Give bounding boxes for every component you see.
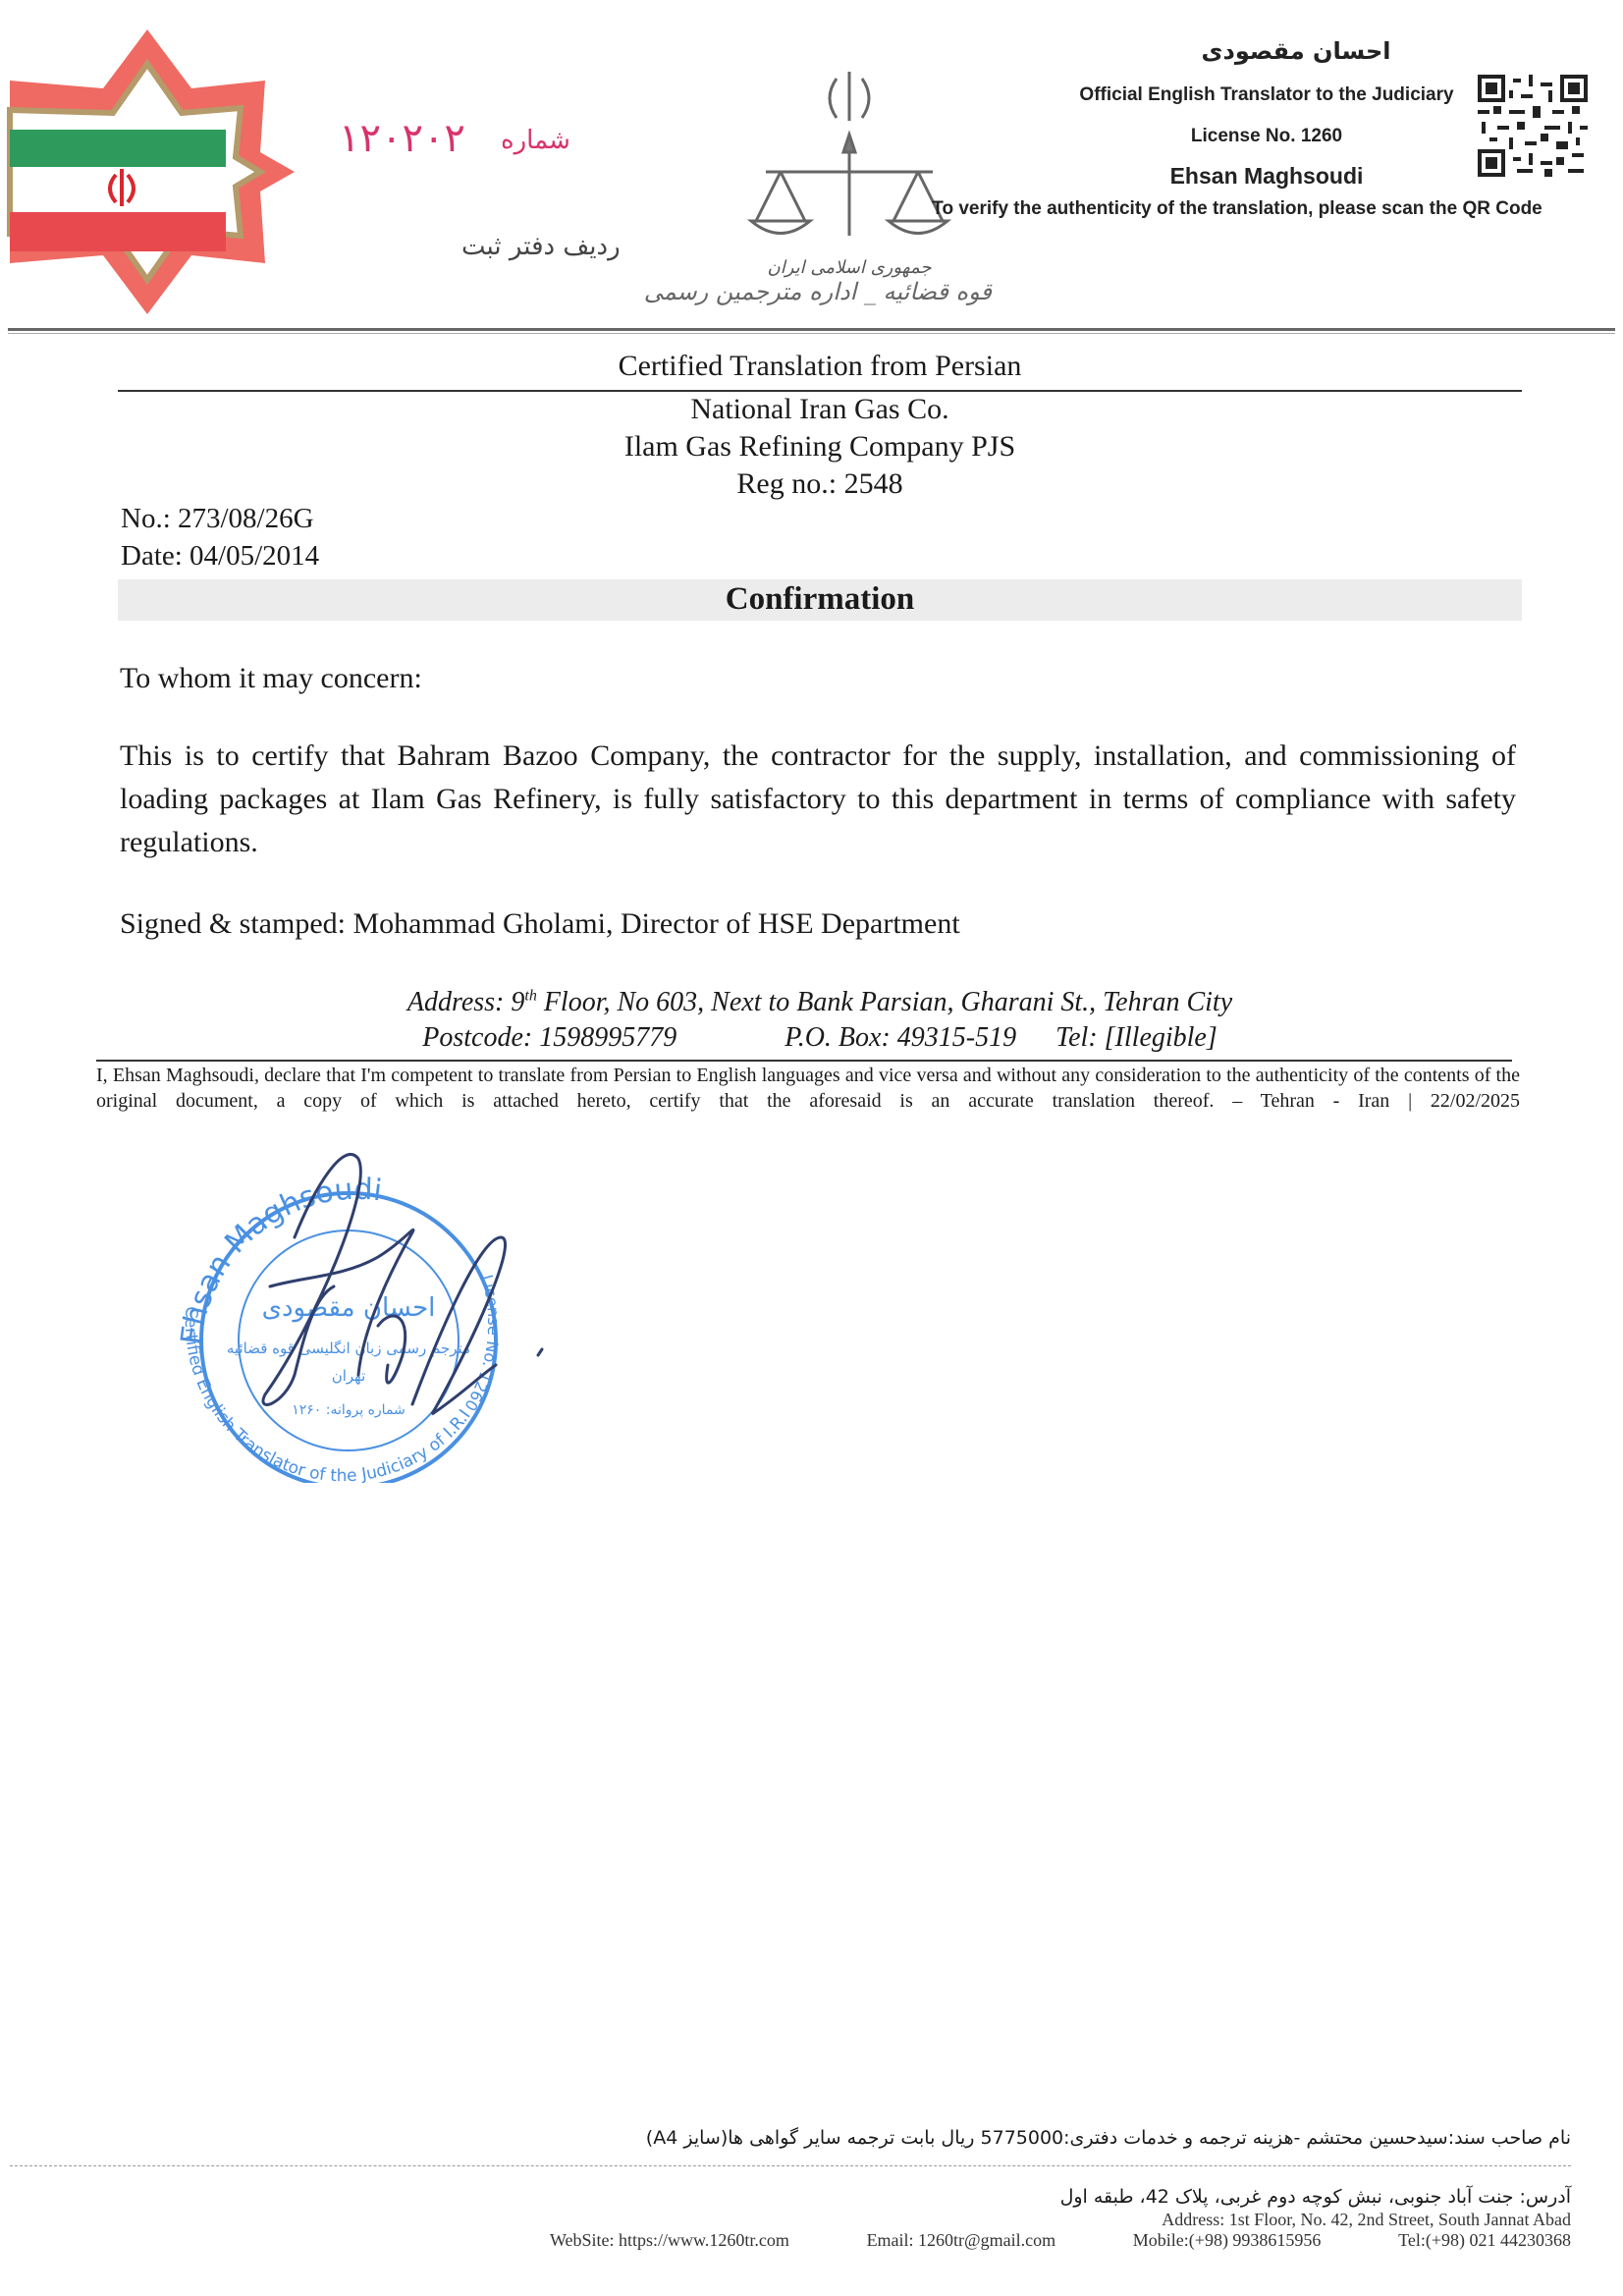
postcode: Postcode: 1598995779 bbox=[422, 1022, 676, 1054]
translator-role: Official English Translator to the Judic… bbox=[1060, 84, 1473, 106]
address-rest: Floor, No 603, Next to Bank Parsian, Gha… bbox=[537, 987, 1232, 1017]
fee-line: نام صاحب سند:سیدحسین محتشم -هزینه ترجمه … bbox=[589, 2127, 1571, 2149]
website-link[interactable]: WebSite: https://www.1260tr.com bbox=[550, 2230, 789, 2251]
office-tel: Tel:(+98) 021 44230368 bbox=[1398, 2230, 1571, 2251]
header-divider-secondary bbox=[8, 333, 1615, 334]
emblem-country-text: جمهوری اسلامی ایران bbox=[727, 257, 972, 278]
org-name: National Iran Gas Co. bbox=[118, 393, 1522, 426]
po-box: P.O. Box: 49315-519 bbox=[784, 1022, 1016, 1054]
greeting: To whom it may concern: bbox=[120, 662, 422, 695]
document-date: Date: 04/05/2014 bbox=[121, 540, 319, 573]
title-divider bbox=[118, 390, 1522, 392]
translator-stamp: Ehsan Maghsoudi Certified English Transl… bbox=[147, 1129, 579, 1483]
address-sup: th bbox=[524, 988, 536, 1005]
iran-flag-star-logo bbox=[0, 20, 295, 324]
qr-code-icon[interactable] bbox=[1478, 74, 1588, 178]
registry-row-label: ردیف دفتر ثبت bbox=[461, 232, 621, 261]
translator-license: License No. 1260 bbox=[1060, 126, 1473, 147]
stamp-fa-name: احسان مقصودی bbox=[262, 1293, 436, 1323]
office-address-persian: آدرس: جنت آباد جنوبی، نبش کوچه دوم غربی،… bbox=[785, 2186, 1571, 2208]
declaration-divider bbox=[96, 1060, 1512, 1062]
office-contacts: WebSite: https://www.1260tr.com Email: 1… bbox=[550, 2230, 1571, 2251]
issuer-address: Address: 9th Floor, No 603, Next to Bank… bbox=[118, 987, 1522, 1018]
scales-of-justice-icon bbox=[727, 64, 972, 260]
org-reg-no: Reg no.: 2548 bbox=[118, 467, 1522, 501]
body-paragraph: This is to certify that Bahram Bazoo Com… bbox=[120, 735, 1516, 864]
certified-translation-title: Certified Translation from Persian bbox=[118, 350, 1522, 383]
issuer-contacts: Postcode: 1598995779P.O. Box: 49315-519T… bbox=[118, 1022, 1522, 1054]
registry-number: ۱۲۰۲۰۲ bbox=[339, 116, 465, 161]
document-title: Confirmation bbox=[118, 581, 1522, 618]
signed-line: Signed & stamped: Mohammad Gholami, Dire… bbox=[120, 907, 960, 941]
translator-declaration: I, Ehsan Maghsoudi, declare that I'm com… bbox=[96, 1063, 1520, 1114]
org-subsidiary: Ilam Gas Refining Company PJS bbox=[118, 430, 1522, 464]
mobile-number: Mobile:(+98) 9938615956 bbox=[1133, 2230, 1322, 2251]
translator-name-persian: احسان مقصودی bbox=[1129, 37, 1463, 65]
issuer-tel: Tel: [Illegible] bbox=[1055, 1022, 1217, 1054]
document-number: No.: 273/08/26G bbox=[121, 503, 314, 535]
registry-number-label: شماره bbox=[501, 126, 570, 155]
address-prefix: Address: 9 bbox=[407, 987, 525, 1017]
stamp-fa-license: شماره پروانه: ۱۲۶۰ bbox=[292, 1402, 406, 1418]
footer-divider bbox=[10, 2165, 1571, 2166]
translator-name: Ehsan Maghsoudi bbox=[1060, 163, 1473, 190]
email-link[interactable]: Email: 1260tr@gmail.com bbox=[867, 2230, 1056, 2251]
emblem-office-text: قوه قضائیه _ اداره مترجمین رسمی bbox=[707, 278, 992, 305]
office-address: Address: 1st Floor, No. 42, 2nd Street, … bbox=[884, 2210, 1571, 2230]
verify-note: To verify the authenticity of the transl… bbox=[874, 198, 1600, 220]
header-divider bbox=[8, 328, 1615, 331]
judiciary-emblem: جمهوری اسلامی ایران قوه قضائیه _ اداره م… bbox=[727, 64, 972, 329]
